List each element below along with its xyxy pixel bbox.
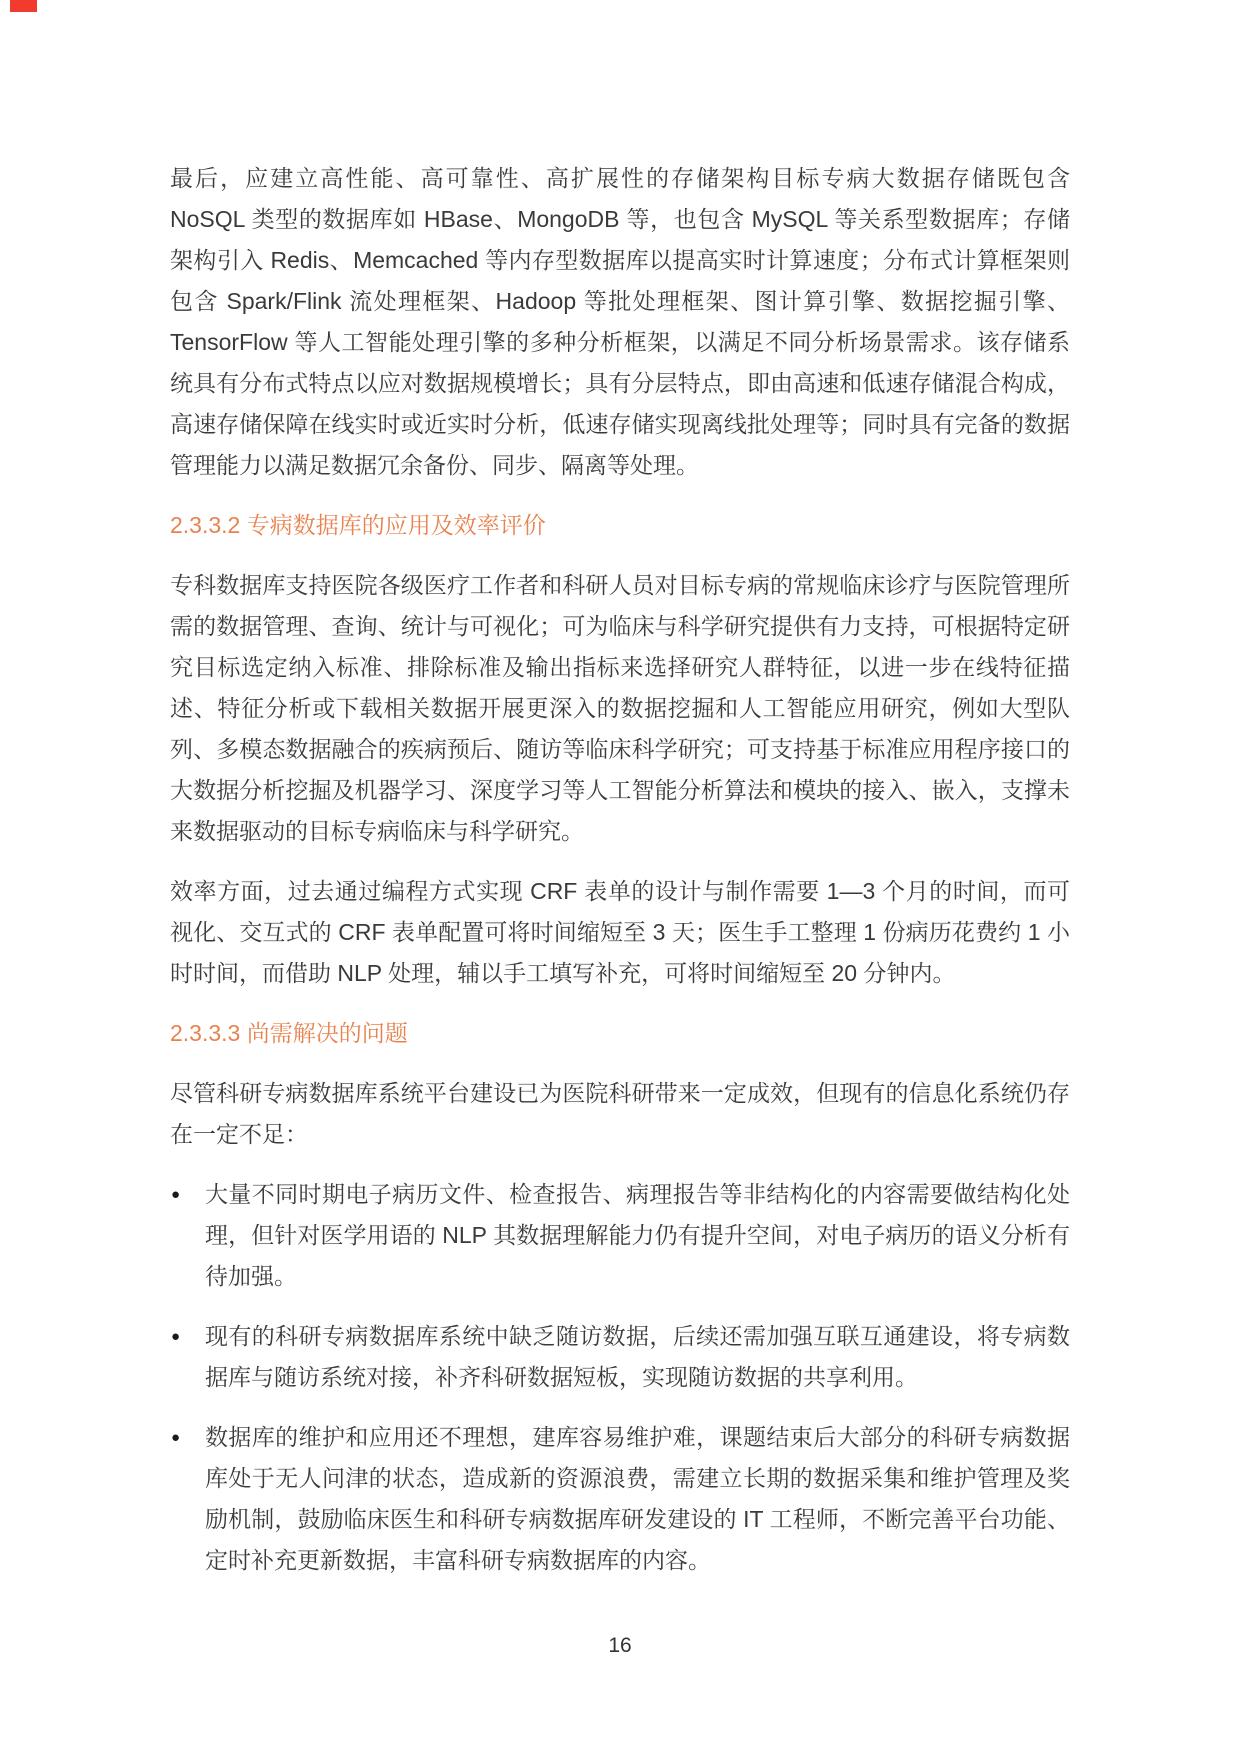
page-number: 16 xyxy=(608,1634,631,1657)
document-page-content: 最后，应建立高性能、高可靠性、高扩展性的存储架构目标专病大数据存储既包含 NoS… xyxy=(170,158,1070,1600)
paragraph-database-application: 专科数据库支持医院各级医疗工作者和科研人员对目标专病的常规临床诊疗与医院管理所需… xyxy=(170,565,1070,852)
bullet-icon: ● xyxy=(171,1174,180,1215)
list-item: ● 现有的科研专病数据库系统中缺乏随访数据，后续还需加强互联互通建设，将专病数据… xyxy=(170,1316,1070,1398)
paragraph-storage-architecture: 最后，应建立高性能、高可靠性、高扩展性的存储架构目标专病大数据存储既包含 NoS… xyxy=(170,158,1070,486)
list-item-text: 大量不同时期电子病历文件、检查报告、病理报告等非结构化的内容需要做结构化处理，但… xyxy=(205,1181,1070,1289)
paragraph-efficiency: 效率方面，过去通过编程方式实现 CRF 表单的设计与制作需要 1—3 个月的时间… xyxy=(170,871,1070,994)
section-heading-2-3-3-2: 2.3.3.2 专病数据库的应用及效率评价 xyxy=(170,505,1070,546)
bullet-icon: ● xyxy=(171,1417,180,1458)
paragraph-issues-intro: 尽管科研专病数据库系统平台建设已为医院科研带来一定成效，但现有的信息化系统仍存在… xyxy=(170,1073,1070,1155)
section-heading-2-3-3-3: 2.3.3.3 尚需解决的问题 xyxy=(170,1013,1070,1054)
list-item-text: 数据库的维护和应用还不理想，建库容易维护难，课题结束后大部分的科研专病数据库处于… xyxy=(205,1424,1070,1573)
page-footer: 16 xyxy=(0,1625,1240,1666)
bullet-icon: ● xyxy=(171,1316,180,1357)
list-item: ● 数据库的维护和应用还不理想，建库容易维护难，课题结束后大部分的科研专病数据库… xyxy=(170,1417,1070,1581)
list-item: ● 大量不同时期电子病历文件、检查报告、病理报告等非结构化的内容需要做结构化处理… xyxy=(170,1174,1070,1297)
list-item-text: 现有的科研专病数据库系统中缺乏随访数据，后续还需加强互联互通建设，将专病数据库与… xyxy=(205,1323,1070,1390)
red-corner-marker xyxy=(10,0,37,12)
issues-list: ● 大量不同时期电子病历文件、检查报告、病理报告等非结构化的内容需要做结构化处理… xyxy=(170,1174,1070,1581)
